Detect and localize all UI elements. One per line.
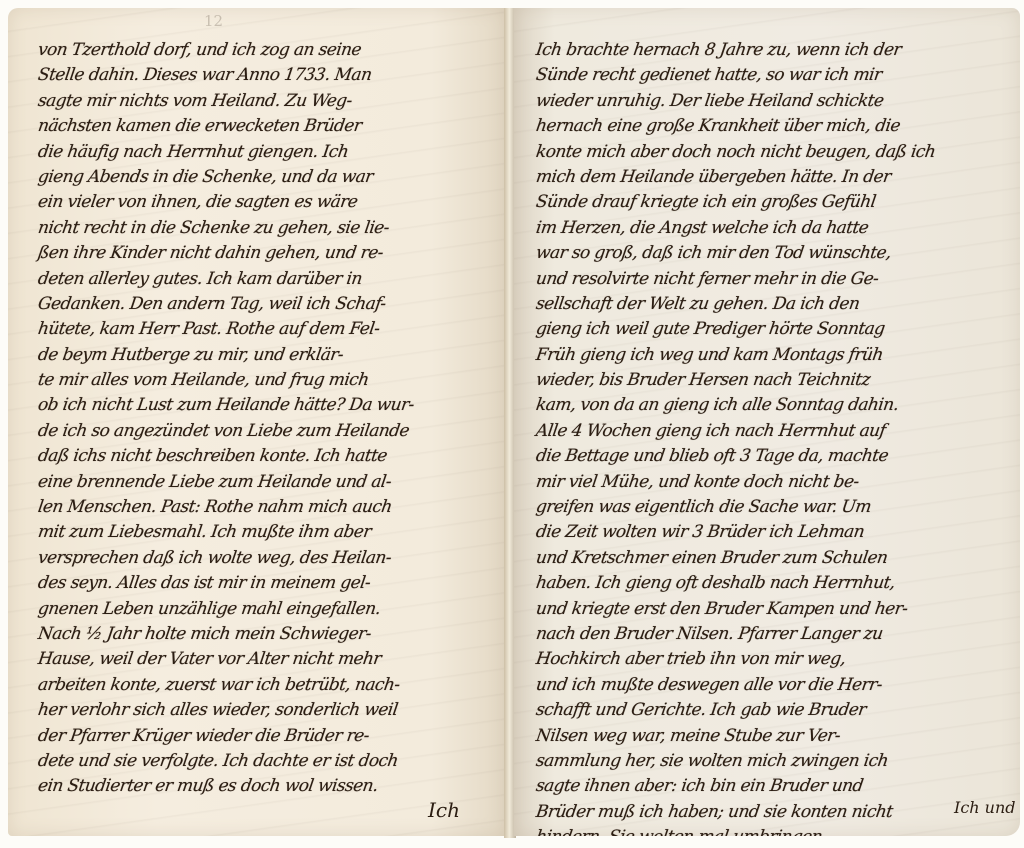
manuscript-line: Hause, weil der Vater vor Alter nicht me… [36,647,498,672]
manuscript-line: konte mich aber doch noch nicht beugen, … [534,140,1014,165]
manuscript-line: nicht recht in die Schenke zu gehen, sie… [36,216,498,241]
manuscript-line: ein Studierter er muß es doch wol wissen… [36,774,498,799]
manuscript-line: die häufig nach Herrnhut giengen. Ich [36,140,498,165]
manuscript-line: ßen ihre Kinder nicht dahin gehen, und r… [36,241,498,266]
manuscript-line: te mir alles vom Heilande, und frug mich [36,368,498,393]
manuscript-line: die Zeit wolten wir 3 Brüder ich Lehman [534,520,1014,545]
right-page-text: Ich brachte hernach 8 Jahre zu, wenn ich… [514,38,1020,836]
manuscript-line: her verlohr sich alles wieder, sonderlic… [36,698,498,723]
manuscript-line: versprechen daß ich wolte weg, des Heila… [36,546,498,571]
manuscript-line: gieng Abends in die Schenke, und da war [36,165,498,190]
left-page-text: von Tzerthold dorf, und ich zog an seine… [8,38,506,800]
right-page: Ich brachte hernach 8 Jahre zu, wenn ich… [514,8,1020,836]
manuscript-line: greifen was eigentlich die Sache war. Um [534,495,1014,520]
manuscript-line: nach den Bruder Nilsen. Pfarrer Langer z… [534,622,1014,647]
folio-number: 12 [204,12,223,30]
manuscript-line: schafft und Gerichte. Ich gab wie Bruder [534,698,1014,723]
manuscript-line: sagte ihnen aber: ich bin ein Bruder und [534,774,1014,799]
manuscript-line: daß ichs nicht beschreiben konte. Ich ha… [36,444,498,469]
manuscript-line: Früh gieng ich weg und kam Montags früh [534,343,1014,368]
manuscript-line: nächsten kamen die erwecketen Brüder [36,114,498,139]
manuscript-line: Hochkirch aber trieb ihn von mir weg, [534,647,1014,672]
manuscript-line: de ich so angezündet von Liebe zum Heila… [36,419,498,444]
manuscript-line: Stelle dahin. Dieses war Anno 1733. Man [36,63,498,88]
manuscript-line: gieng ich weil gute Prediger hörte Sonnt… [534,317,1014,342]
manuscript-spread: 12 von Tzerthold dorf, und ich zog an se… [8,8,1020,838]
manuscript-line: ein vieler von ihnen, die sagten es wäre [36,190,498,215]
manuscript-line: eine brennende Liebe zum Heilande und al… [36,470,498,495]
manuscript-line: von Tzerthold dorf, und ich zog an seine [36,38,498,63]
manuscript-line: Ich brachte hernach 8 Jahre zu, wenn ich… [534,38,1014,63]
manuscript-line: des seyn. Alles das ist mir in meinem ge… [36,571,498,596]
manuscript-line: kam, von da an gieng ich alle Sonntag da… [534,393,1014,418]
manuscript-line: Nilsen weg war, meine Stube zur Ver- [534,724,1014,749]
manuscript-line: sagte mir nichts vom Heiland. Zu Weg- [36,89,498,114]
manuscript-line: Brüder muß ich haben; und sie konten nic… [534,800,1014,825]
manuscript-line: len Menschen. Past: Rothe nahm mich auch [36,495,498,520]
manuscript-line: die Bettage und blieb oft 3 Tage da, mac… [534,444,1014,469]
manuscript-line: Gedanken. Den andern Tag, weil ich Schaf… [36,292,498,317]
manuscript-line: wieder, bis Bruder Hersen nach Teichnitz [534,368,1014,393]
left-page: 12 von Tzerthold dorf, und ich zog an se… [8,8,506,836]
manuscript-line: Sünde recht gedienet hatte, so war ich m… [534,63,1014,88]
manuscript-line: hütete, kam Herr Past. Rothe auf dem Fel… [36,317,498,342]
right-catchword: Ich und [954,798,1016,817]
manuscript-line: und kriegte erst den Bruder Kampen und h… [534,597,1014,622]
manuscript-line: ob ich nicht Lust zum Heilande hätte? Da… [36,393,498,418]
manuscript-line: sammlung her, sie wolten mich zwingen ic… [534,749,1014,774]
manuscript-line: im Herzen, die Angst welche ich da hatte [534,216,1014,241]
manuscript-line: de beym Hutberge zu mir, und erklär- [36,343,498,368]
manuscript-line: Alle 4 Wochen gieng ich nach Herrnhut au… [534,419,1014,444]
manuscript-line: hernach eine große Krankheit über mich, … [534,114,1014,139]
manuscript-line: mir viel Mühe, und konte doch nicht be- [534,470,1014,495]
manuscript-line: gnenen Leben unzählige mahl eingefallen. [36,597,498,622]
manuscript-line: wieder unruhig. Der liebe Heiland schick… [534,89,1014,114]
manuscript-line: arbeiten konte, zuerst war ich betrübt, … [36,673,498,698]
manuscript-line: Nach ½ Jahr holte mich mein Schwieger- [36,622,498,647]
manuscript-line: sellschaft der Welt zu gehen. Da ich den [534,292,1014,317]
manuscript-line: und ich mußte deswegen alle vor die Herr… [534,673,1014,698]
manuscript-line: haben. Ich gieng oft deshalb nach Herrnh… [534,571,1014,596]
manuscript-line: Sünde drauf kriegte ich ein großes Gefüh… [534,190,1014,215]
manuscript-line: mich dem Heilande übergeben hätte. In de… [534,165,1014,190]
manuscript-line: dete und sie verfolgte. Ich dachte er is… [36,749,498,774]
left-catchword: Ich [428,798,460,822]
manuscript-line: und Kretschmer einen Bruder zum Schulen [534,546,1014,571]
manuscript-line: war so groß, daß ich mir den Tod wünscht… [534,241,1014,266]
manuscript-line: mit zum Liebesmahl. Ich mußte ihm aber [36,520,498,545]
manuscript-line: der Pfarrer Krüger wieder die Brüder re- [36,724,498,749]
manuscript-line: deten allerley gutes. Ich kam darüber in [36,267,498,292]
manuscript-line: hindern. Sie wolten mal umbringen, [534,825,1014,836]
manuscript-line: und resolvirte nicht ferner mehr in die … [534,267,1014,292]
